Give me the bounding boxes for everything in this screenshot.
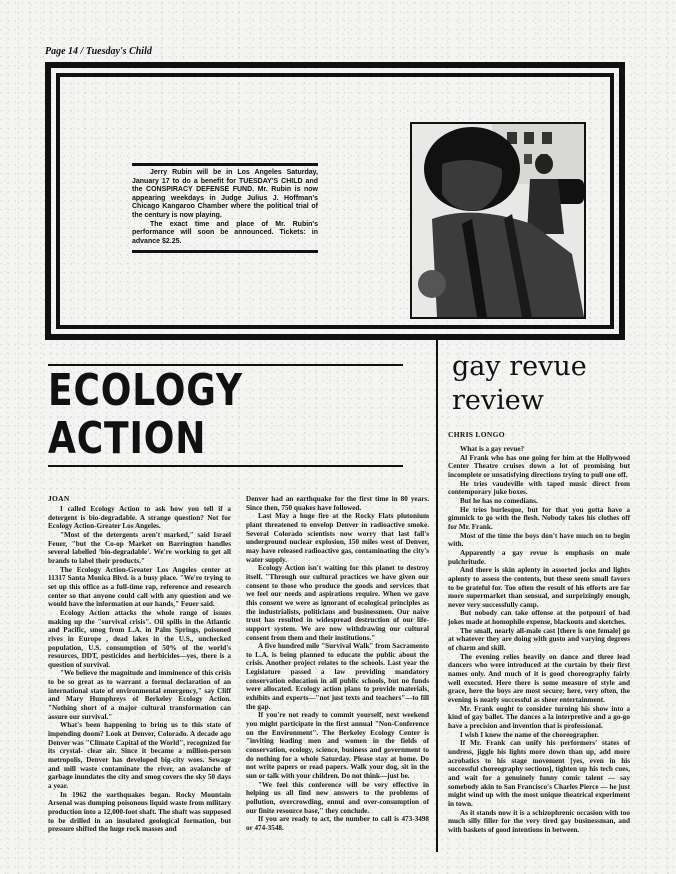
paragraph: What's been happening to bring us to thi… bbox=[48, 721, 231, 790]
title-line: gay revue bbox=[452, 350, 587, 384]
paragraph: Last May a huge fire at the Rocky Flats … bbox=[246, 512, 429, 564]
notice-paragraph: The exact time and place of Mr. Rubin's … bbox=[132, 221, 318, 247]
paragraph: If Mr. Frank can unify his performers' s… bbox=[448, 739, 630, 808]
column-divider bbox=[436, 340, 438, 852]
ecology-byline: JOAN bbox=[48, 494, 70, 503]
paragraph: "Most of the detergents aren't marked," … bbox=[48, 531, 231, 566]
paragraph: "We feel this conference will be very ef… bbox=[246, 781, 429, 816]
title-rule-bottom bbox=[48, 465, 403, 467]
paragraph: The evening relies heavily on dance and … bbox=[448, 653, 630, 705]
revue-byline: CHRIS LONGO bbox=[448, 430, 505, 439]
title-line: ECOLOGY bbox=[48, 367, 243, 415]
page-folio: Page 14 / Tuesday's Child bbox=[45, 46, 152, 57]
paragraph: I wish I knew the name of the choreograp… bbox=[448, 731, 630, 740]
paragraph: If you are ready to act, the number to c… bbox=[246, 815, 429, 832]
paragraph: A five hundred mile "Survival Walk" from… bbox=[246, 642, 429, 711]
gay-revue-review-title: gay revue review bbox=[452, 350, 587, 418]
paragraph: But nobody can take offense at the potpo… bbox=[448, 609, 630, 626]
paragraph: He tries vaudeville with taped music dir… bbox=[448, 480, 630, 497]
paragraph: The Ecology Action-Greater Los Angeles c… bbox=[48, 566, 231, 609]
paragraph: In 1962 the earthquakes began. Rocky Mou… bbox=[48, 791, 231, 834]
paragraph: Apparently a gay revue is emphasis on ma… bbox=[448, 549, 630, 566]
paragraph: Mr. Frank ought to consider turning his … bbox=[448, 705, 630, 731]
paragraph: And there is skin aplenty in assorted jo… bbox=[448, 566, 630, 609]
paragraph: But he has no comedians. bbox=[448, 497, 630, 506]
title-line: ACTION bbox=[48, 415, 243, 463]
revue-column: What is a gay revue? Al Frank who has on… bbox=[448, 445, 630, 835]
paragraph: Ecology Action isn't waiting for this pl… bbox=[246, 564, 429, 642]
paragraph: I called Ecology Action to ask how you t… bbox=[48, 505, 231, 531]
paragraph: What is a gay revue? bbox=[448, 445, 630, 454]
photo-of-person-icon bbox=[412, 124, 584, 317]
ecology-column-2: Denver had an earthquake for the first t… bbox=[246, 495, 429, 833]
paragraph: "We believe the magnitude and imminence … bbox=[48, 669, 231, 721]
paragraph: He tries burlesque, but for that you got… bbox=[448, 506, 630, 532]
paragraph: Al Frank who has one going for him at th… bbox=[448, 454, 630, 480]
paragraph: Most of the time the boys don't have muc… bbox=[448, 532, 630, 549]
ecology-action-title: ECOLOGY ACTION bbox=[48, 367, 243, 463]
paragraph: If you're not ready to commit yourself, … bbox=[246, 711, 429, 780]
rubin-photo bbox=[410, 122, 586, 319]
paragraph: Denver had an earthquake for the first t… bbox=[246, 495, 429, 512]
paragraph: As it stands now it is a schizophrenic o… bbox=[448, 809, 630, 835]
notice-paragraph: Jerry Rubin will be in Los Angeles Satur… bbox=[132, 169, 318, 221]
paragraph: Ecology Action attacks the whole range o… bbox=[48, 609, 231, 670]
paragraph: The small, nearly all-male cast [there i… bbox=[448, 627, 630, 653]
rubin-benefit-notice: Jerry Rubin will be in Los Angeles Satur… bbox=[132, 163, 318, 253]
title-line: review bbox=[452, 384, 587, 418]
ecology-column-1: I called Ecology Action to ask how you t… bbox=[48, 505, 231, 834]
